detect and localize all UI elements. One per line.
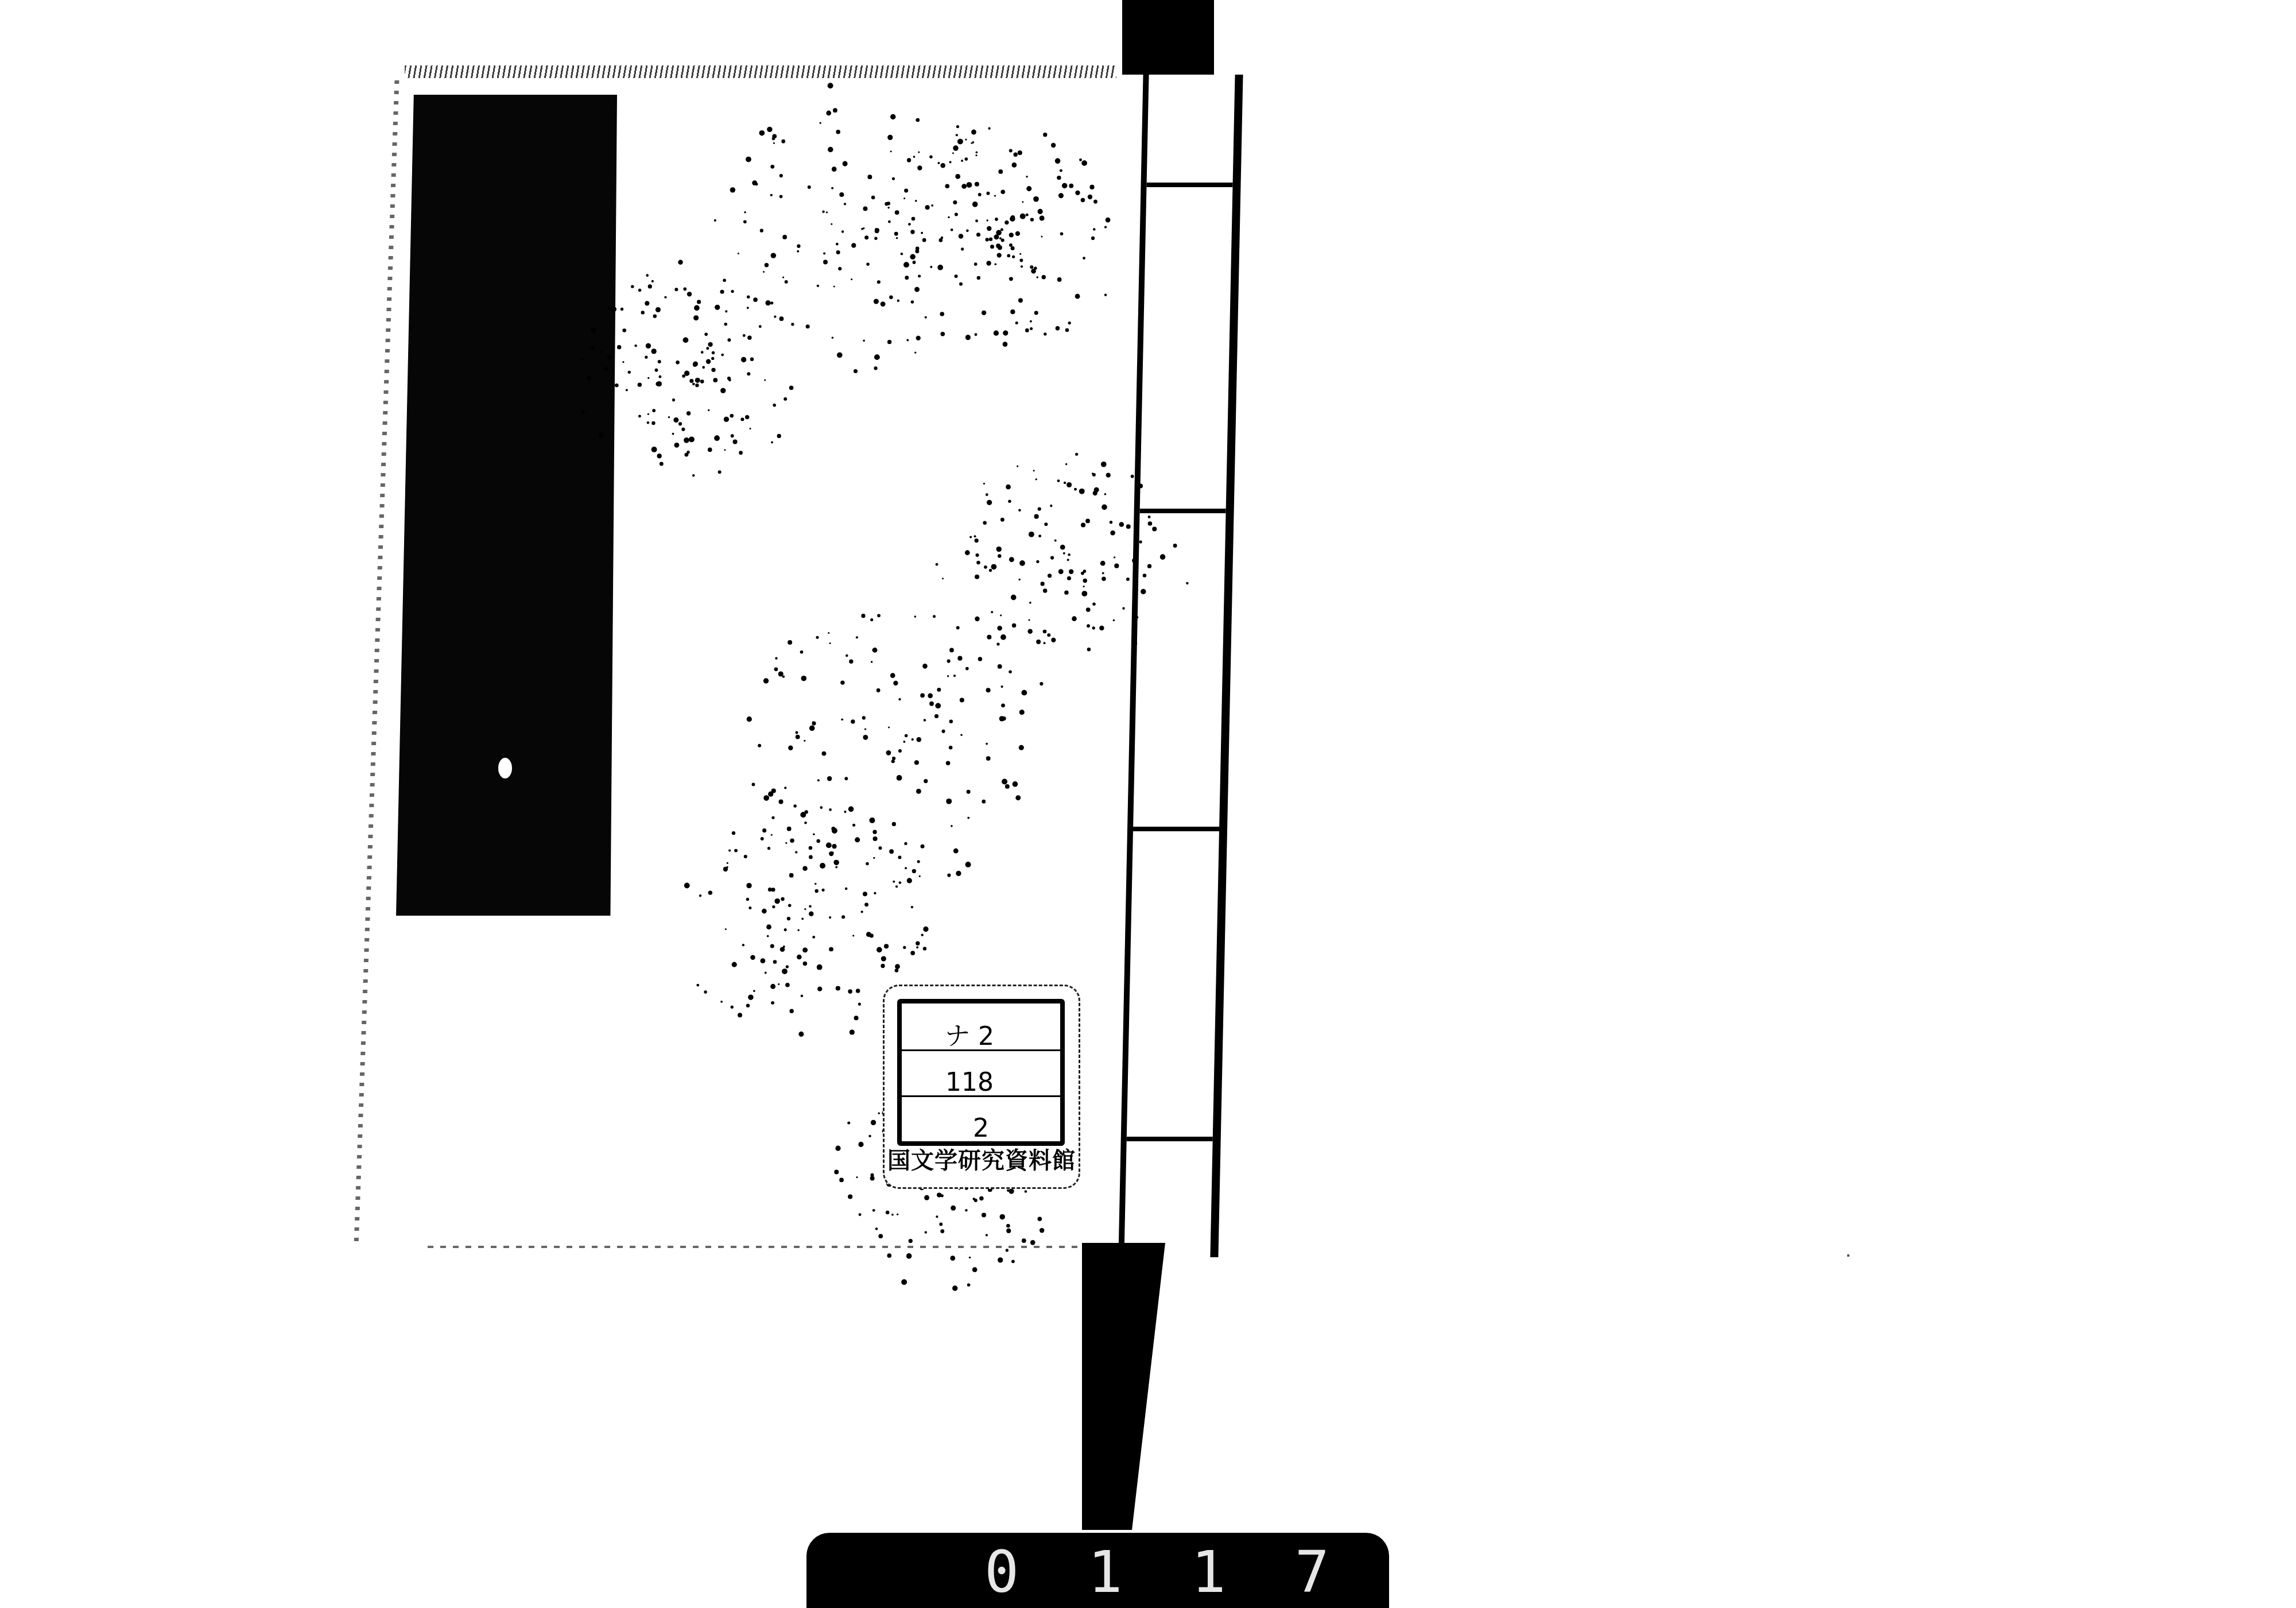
frame-counter: 0 1 1 7 <box>806 1533 1389 1608</box>
call-number-box: ナ 2 118 2 <box>897 999 1065 1146</box>
call-number-row-1: ナ 2 <box>902 1003 1060 1051</box>
binding-stitch <box>1133 827 1219 831</box>
counter-digit: 7 <box>1295 1539 1329 1606</box>
spine-bottom-clamp <box>1082 1243 1165 1530</box>
call-number-label: ナ 2 118 2 国文学研究資料館 <box>883 985 1080 1189</box>
call-number-row-3: 2 <box>902 1095 1060 1141</box>
counter-digit: 1 <box>1191 1539 1225 1606</box>
binding-stitch <box>1140 509 1226 513</box>
title-slip-damage-spot <box>498 758 512 778</box>
counter-digit: 1 <box>1088 1539 1122 1606</box>
call-number-row-2: 118 <box>902 1049 1060 1097</box>
book-spine-binding <box>1118 75 1243 1257</box>
institution-name: 国文学研究資料館 <box>885 1142 1079 1175</box>
spine-top-clamp <box>1122 0 1214 75</box>
cover-bottom-edge <box>428 1246 1082 1248</box>
binding-stitch <box>1146 183 1232 187</box>
counter-digits: 0 1 1 7 <box>984 1539 1329 1606</box>
stray-mark <box>1847 1254 1849 1257</box>
title-slip <box>396 95 617 916</box>
counter-digit: 0 <box>984 1539 1019 1606</box>
binding-stitch <box>1127 1137 1213 1141</box>
cover-top-edge <box>405 65 1116 78</box>
